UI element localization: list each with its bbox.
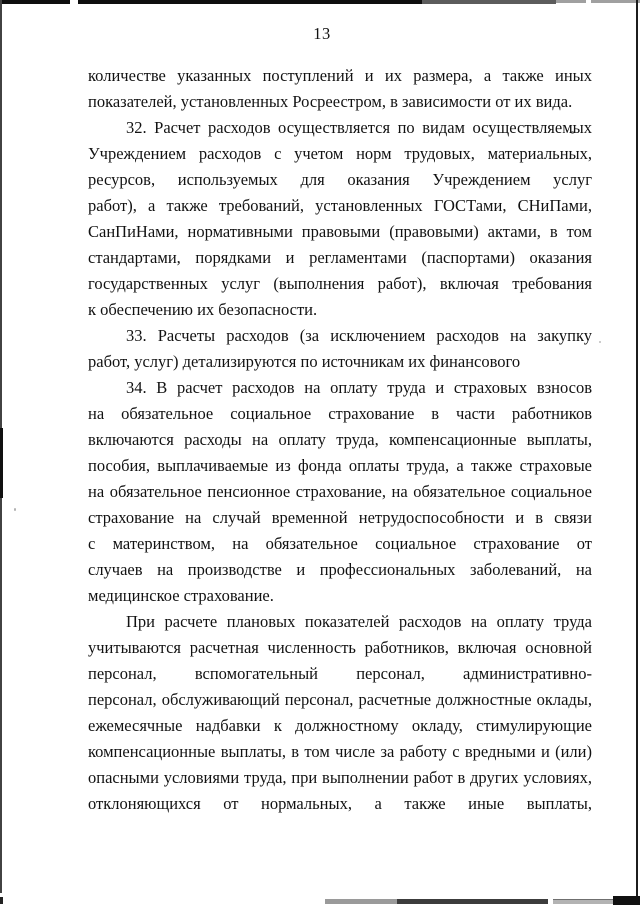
- text-line-paragraph-32: 32. Расчет расходов осуществляется по ви…: [88, 115, 592, 141]
- document-text-block: количестве указанных поступлений и их ра…: [88, 63, 592, 817]
- scan-speck: [14, 508, 16, 511]
- text-line-paragraph-34: 34. В расчет расходов на оплату труда и …: [88, 375, 592, 401]
- text-line: на обязательное пенсионное страхование, …: [88, 479, 592, 505]
- text-line: персонал, обслуживающий персонал, расчет…: [88, 687, 592, 713]
- text-line: ресурсов, используемых для оказания Учре…: [88, 167, 592, 193]
- text-line: учитываются расчетная численность работн…: [88, 635, 592, 661]
- text-line: стандартами, порядками и регламентами (п…: [88, 245, 592, 271]
- text-line: к обеспечению их безопасности.: [88, 297, 592, 323]
- text-line: медицинское страхование.: [88, 583, 592, 609]
- text-line: показателей, установленных Росреестром, …: [88, 89, 592, 115]
- text-line: отклоняющихся от нормальных, а также ины…: [88, 791, 592, 817]
- text-line: страхование на случай временной нетрудос…: [88, 505, 592, 531]
- scan-artifact-corner-speck: [0, 897, 3, 904]
- text-line: с материнством, на обязательное социальн…: [88, 531, 592, 557]
- text-line: Учреждением расходов с учетом норм трудо…: [88, 141, 592, 167]
- text-line: СанПиНами, нормативными правовыми (право…: [88, 219, 592, 245]
- text-line-paragraph-33: 33. Расчеты расходов (за исключением рас…: [88, 323, 592, 349]
- text-line: компенсационные выплаты, в том числе за …: [88, 739, 592, 765]
- text-line: включаются расходы на оплату труда, комп…: [88, 427, 592, 453]
- text-line: ежемесячные надбавки к должностному окла…: [88, 713, 592, 739]
- scan-artifact-right-edge: [636, 0, 638, 905]
- text-line: работ, услуг) детализируются по источник…: [88, 349, 592, 375]
- page-number: 13: [2, 24, 640, 44]
- text-line: количестве указанных поступлений и их ра…: [88, 63, 592, 89]
- scan-speck: [599, 341, 601, 343]
- scan-artifact-left-edge-dark: [0, 428, 3, 498]
- document-page: { "page": { "number": "13" }, "document"…: [0, 0, 640, 905]
- text-line: опасными условиями труда, при выполнении…: [88, 765, 592, 791]
- scan-artifact-bottom-edge: [0, 899, 640, 905]
- text-line: на обязательное социальное страхование в…: [88, 401, 592, 427]
- text-line: работ), а также требований, установленны…: [88, 193, 592, 219]
- scan-artifact-top-edge: [0, 0, 640, 4]
- text-line: государственных услуг (выполнения работ)…: [88, 271, 592, 297]
- text-line-paragraph: При расчете плановых показателей расходо…: [88, 609, 592, 635]
- text-line: пособия, выплачиваемые из фонда оплаты т…: [88, 453, 592, 479]
- text-line: персонал, вспомогательный персонал, адми…: [88, 661, 592, 687]
- text-line: случаев на производстве и профессиональн…: [88, 557, 592, 583]
